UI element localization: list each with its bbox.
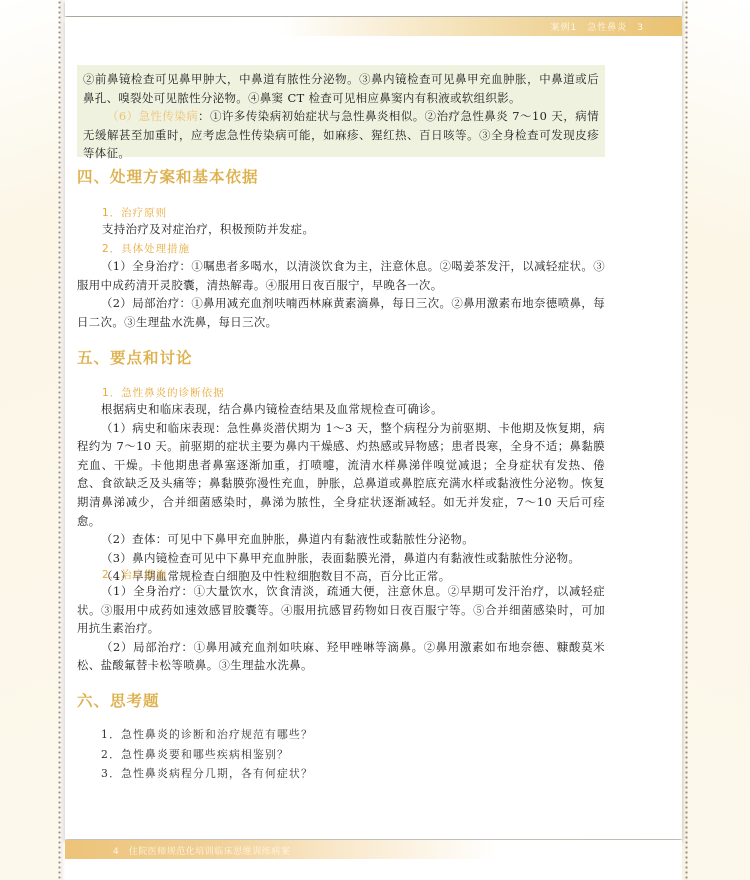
callout-item-6: （6）急性传染病：①许多传染病初始症状与急性鼻炎相似。②治疗急性鼻炎 7～10 … — [83, 107, 599, 163]
previous-page-edge — [65, 0, 682, 16]
section-title-6: 六、思考题 — [77, 689, 160, 711]
document-page: 案例1 急性鼻炎 3 ②前鼻镜检查可见鼻甲肿大，中鼻道有脓性分泌物。③鼻内镜检查… — [65, 17, 682, 839]
callout-paragraph: ②前鼻镜检查可见鼻甲肿大，中鼻道有脓性分泌物。③鼻内镜检查可见鼻甲充血肿胀，中鼻… — [83, 70, 599, 107]
paragraph: 支持治疗及对症治疗，积极预防并发症。 — [102, 220, 602, 239]
running-foot: 4 住院医师规范化培训临床思维训练病案 — [113, 844, 290, 857]
subheading-diagnosis-basis: 1．急性鼻炎的诊断依据 — [102, 385, 225, 400]
item-term: 急性传染病 — [139, 109, 199, 123]
paragraph: （2）查体：可见中下鼻甲充血肿胀，鼻道内有黏液性或黏脓性分泌物。 — [77, 530, 605, 549]
paragraph: （2）局部治疗：①鼻用减充血剂呋喃西林麻黄素滴鼻，每日三次。②鼻用激素布地奈德喷… — [77, 294, 605, 331]
paragraph: （1）病史和临床表现：急性鼻炎潜伏期为 1～3 天，整个病程分为前驱期、卡他期及… — [77, 419, 605, 531]
paragraph: （1）全身治疗：①嘱患者多喝水，以清淡饮食为主，注意休息。②喝姜茶发汗，以减轻症… — [77, 257, 605, 294]
running-head: 案例1 急性鼻炎 3 — [551, 20, 644, 33]
question-item: 2．急性鼻炎要和哪些疾病相鉴别？ — [101, 745, 313, 765]
item-number: （6） — [107, 109, 139, 123]
background-left — [0, 0, 60, 880]
paragraph: 根据病史和临床表现，结合鼻内镜检查结果及血常规检查可确诊。 — [77, 400, 605, 419]
subheading-specific-measures: 2．具体处理措施 — [102, 241, 190, 256]
paragraph: （1）全身治疗：①大量饮水，饮食清淡，疏通大便，注意休息。②早期可发汗治疗，以减… — [77, 582, 605, 638]
paragraph: （2）局部治疗：①鼻用减充血剂如呋麻、羟甲唑啉等滴鼻。②鼻用激素如布地奈德、糠酸… — [77, 638, 605, 675]
callout-box: ②前鼻镜检查可见鼻甲肿大，中鼻道有脓性分泌物。③鼻内镜检查可见鼻甲充血肿胀，中鼻… — [77, 65, 605, 157]
subheading-treatment-measures: 2．治疗措施 — [102, 567, 167, 582]
section-title-5: 五、要点和讨论 — [77, 346, 193, 368]
question-item: 1．急性鼻炎的诊断和治疗规范有哪些？ — [101, 725, 313, 745]
question-list: 1．急性鼻炎的诊断和治疗规范有哪些？ 2．急性鼻炎要和哪些疾病相鉴别？ 3．急性… — [101, 725, 313, 784]
paragraph: （3）鼻内镜检查可见中下鼻甲充血肿胀，表面黏膜光滑，鼻道内有黏液性或黏脓性分泌物… — [77, 549, 605, 568]
subheading-treatment-principle: 1．治疗原则 — [102, 205, 167, 220]
question-item: 3．急性鼻炎病程分几期，各有何症状？ — [101, 764, 313, 784]
section-title-4: 四、处理方案和基本依据 — [77, 165, 259, 187]
running-head-bar: 案例1 急性鼻炎 3 — [65, 17, 682, 36]
next-page-edge: 4 住院医师规范化培训临床思维训练病案 — [65, 840, 682, 880]
background-right — [688, 0, 750, 880]
running-foot-bar: 4 住院医师规范化培训临床思维训练病案 — [65, 840, 682, 859]
binding-dots-right — [685, 0, 688, 880]
